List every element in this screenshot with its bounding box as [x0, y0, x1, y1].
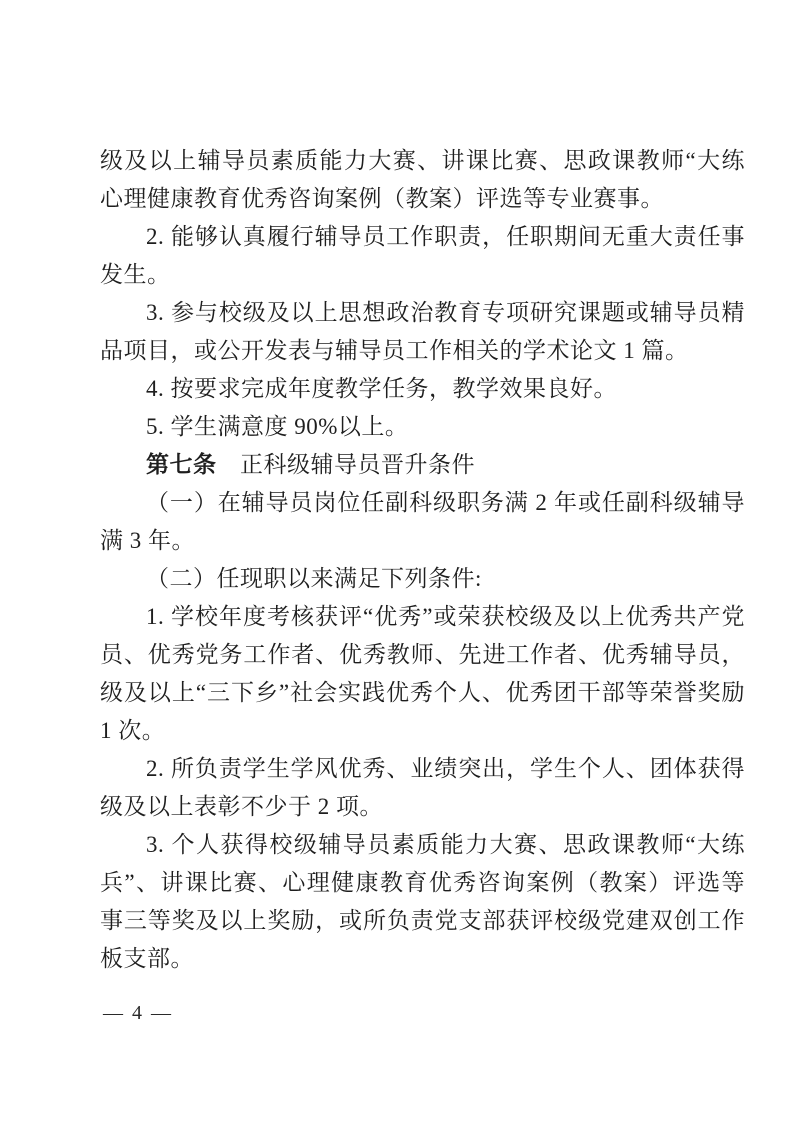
text-line: （二）任现职以来满足下列条件: [100, 560, 745, 598]
article-heading: 第七条 正科级辅导员晋升条件 [100, 446, 745, 484]
page-number: — 4 — [103, 999, 173, 1027]
article-number: 第七条 [146, 452, 217, 477]
text-line: 级及以上辅导员素质能力大赛、讲课比赛、思政课教师“大练兵”、 [100, 142, 745, 180]
text-line: 员、优秀党务工作者、优秀教师、先进工作者、优秀辅导员，省 [100, 636, 745, 674]
article-title: 正科级辅导员晋升条件 [217, 452, 476, 477]
text-line: 4. 按要求完成年度教学任务，教学效果良好。 [100, 370, 745, 408]
text-line: 5. 学生满意度 90%以上。 [100, 408, 745, 446]
text-line: 事三等奖及以上奖励，或所负责党支部获评校级党建双创工作样 [100, 902, 745, 940]
text-line: 3. 参与校级及以上思想政治教育专项研究课题或辅导员精 [100, 294, 745, 332]
text-line: 满 3 年。 [100, 522, 745, 560]
text-line: 品项目，或公开发表与辅导员工作相关的学术论文 1 篇。 [100, 332, 745, 370]
text-line: 3. 个人获得校级辅导员素质能力大赛、思政课教师“大练 [100, 826, 745, 864]
text-line: 心理健康教育优秀咨询案例（教案）评选等专业赛事。 [100, 180, 745, 218]
text-line: 1 次。 [100, 712, 745, 750]
text-line: 1. 学校年度考核获评“优秀”或荣获校级及以上优秀共产党 [100, 598, 745, 636]
text-line: 2. 能够认真履行辅导员工作职责，任职期间无重大责任事故 [100, 218, 745, 256]
document-page: 级及以上辅导员素质能力大赛、讲课比赛、思政课教师“大练兵”、 心理健康教育优秀咨… [0, 0, 793, 1122]
text-line: 级及以上表彰不少于 2 项。 [100, 788, 745, 826]
document-body: 级及以上辅导员素质能力大赛、讲课比赛、思政课教师“大练兵”、 心理健康教育优秀咨… [100, 142, 745, 978]
text-line: 发生。 [100, 256, 745, 294]
text-line: （一）在辅导员岗位任副科级职务满 2 年或任副科级辅导员 [100, 484, 745, 522]
text-line: 2. 所负责学生学风优秀、业绩突出，学生个人、团体获得省 [100, 750, 745, 788]
text-line: 兵”、讲课比赛、心理健康教育优秀咨询案例（教案）评选等赛 [100, 864, 745, 902]
text-line: 级及以上“三下乡”社会实践优秀个人、优秀团干部等荣誉奖励 [100, 674, 745, 712]
text-line: 板支部。 [100, 940, 745, 978]
